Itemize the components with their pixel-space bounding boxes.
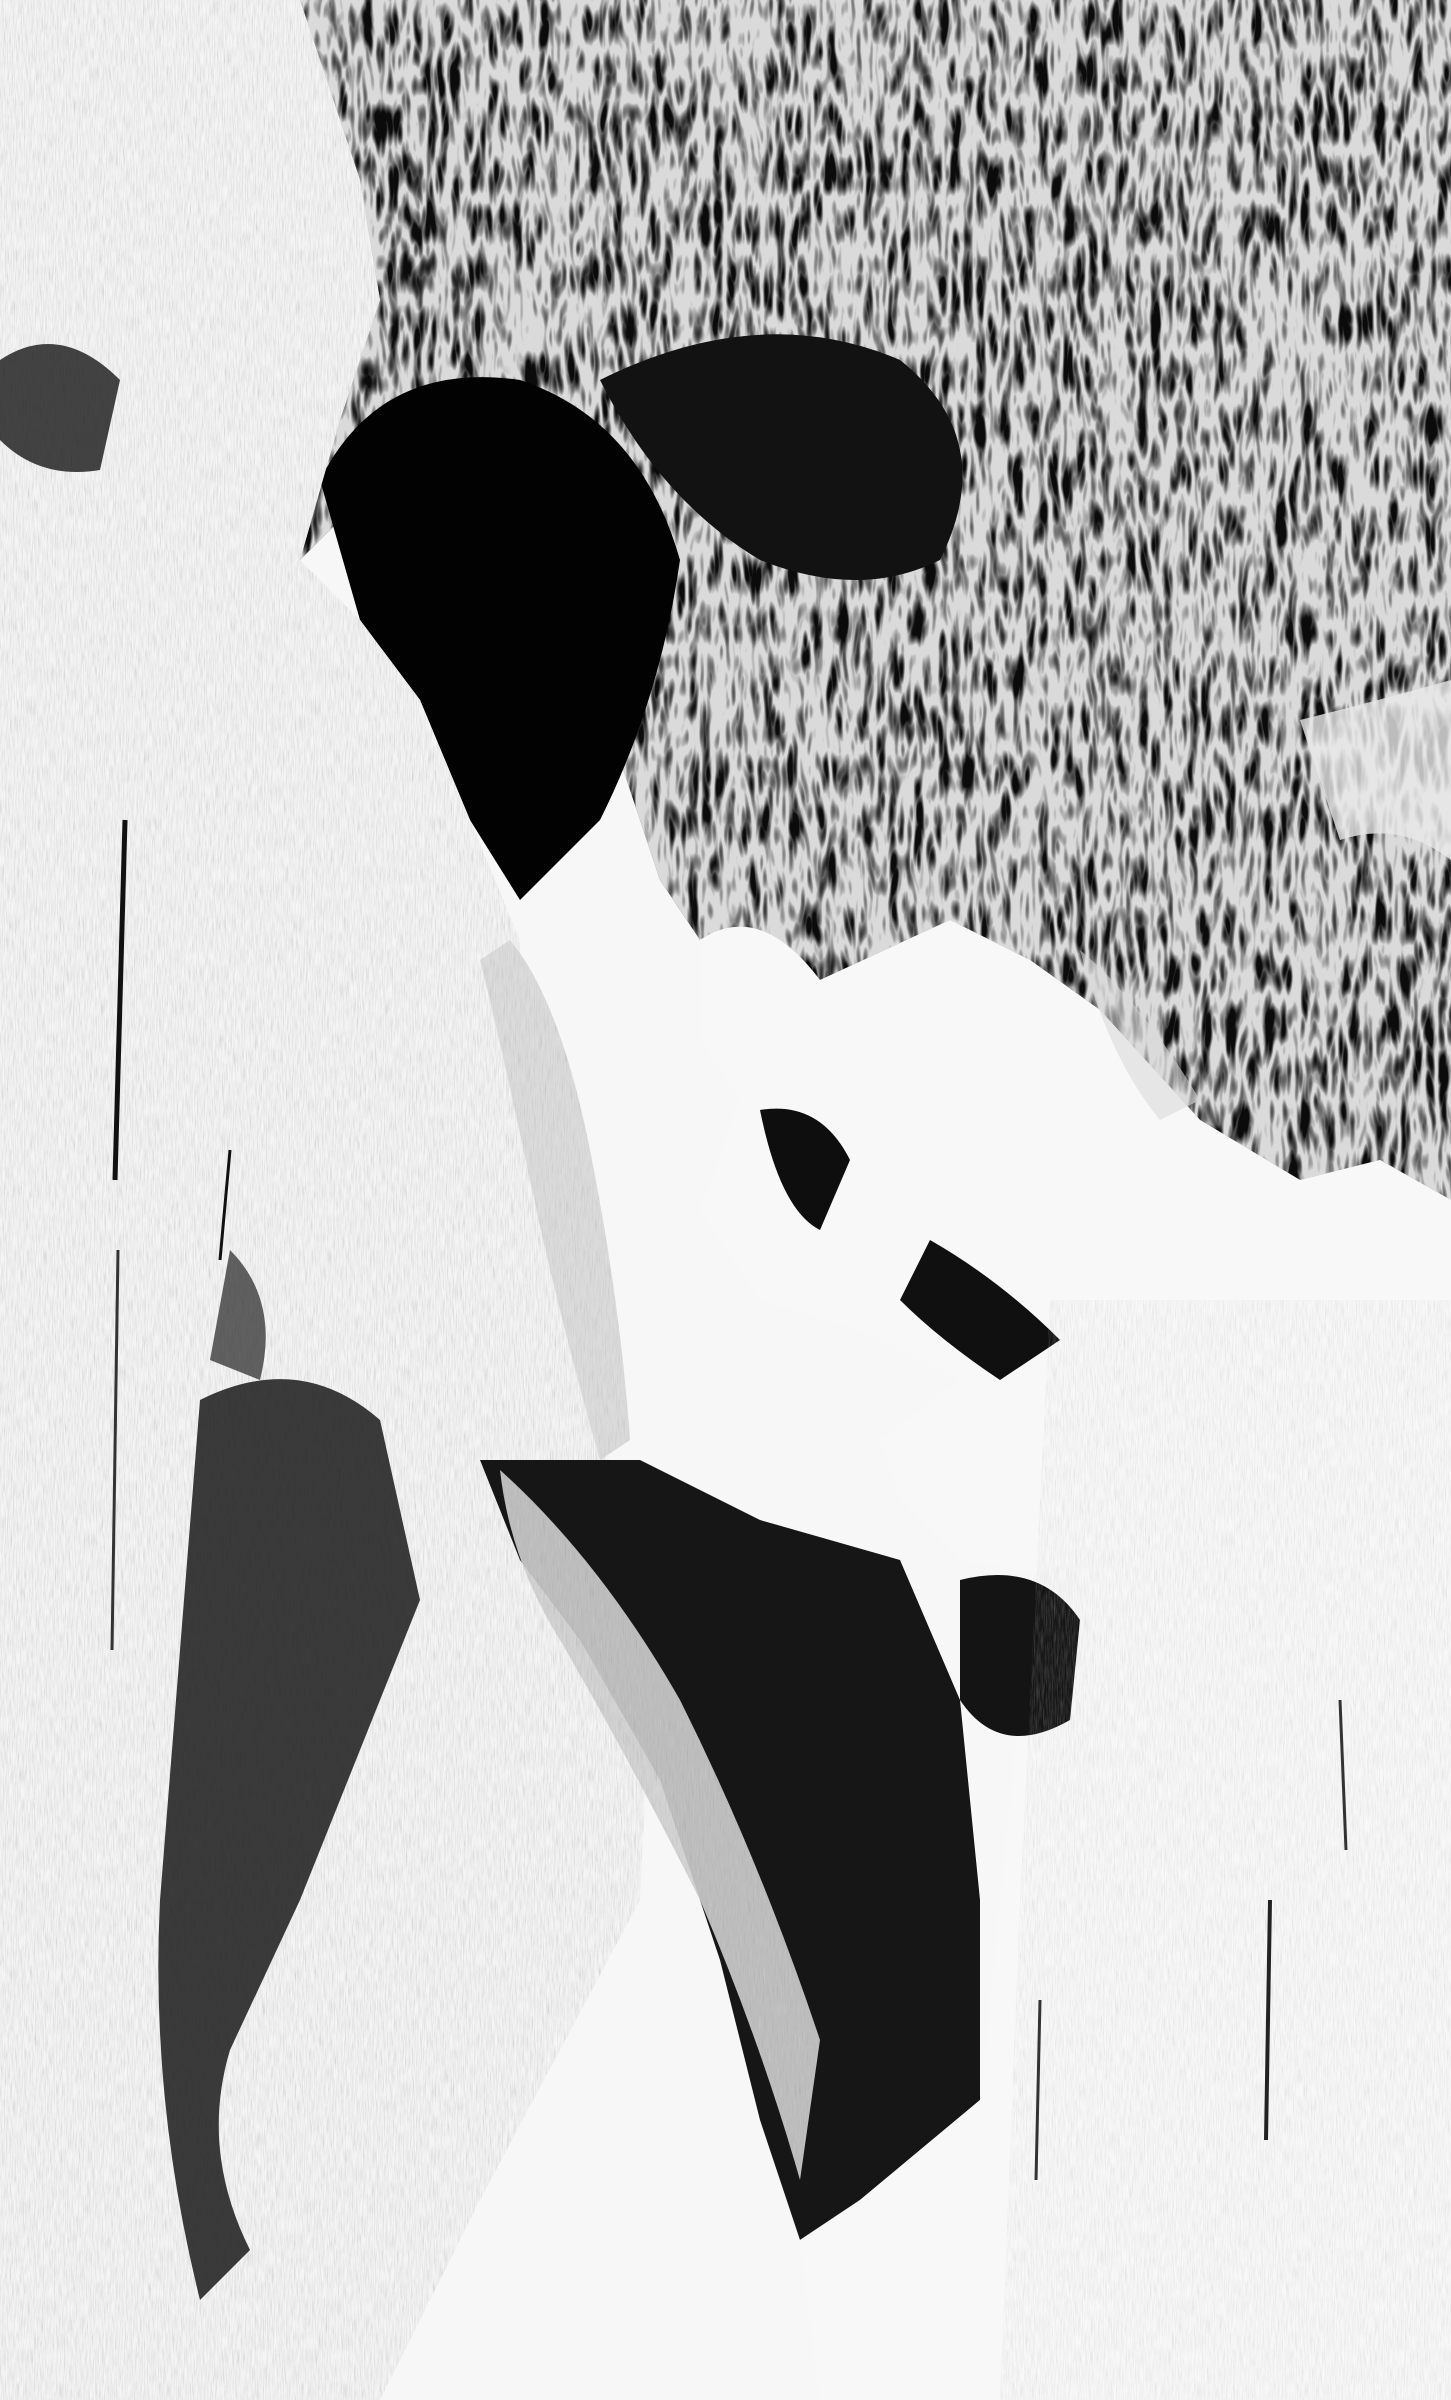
waterfall-photo bbox=[0, 0, 1451, 2400]
photo-rendering bbox=[0, 0, 1451, 2400]
